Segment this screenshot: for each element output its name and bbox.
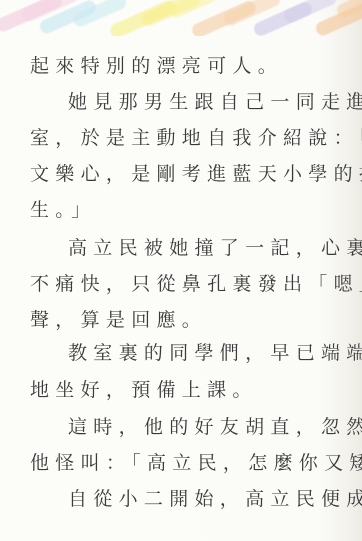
book-page: 起來特別的漂亮可人。 她見那男生跟自己一同走進教 室，於是主動地自我介紹說：「我…: [0, 0, 362, 541]
text-line-6-paragraph-start: 高立民被她撞了一記，心裏有點: [68, 235, 362, 261]
text-line-12: 他怪叫：「高立民，怎麼你又矮了？」: [30, 450, 362, 476]
text-line-8: 聲，算是回應。: [30, 307, 207, 333]
crayon-banner-decoration: [0, 0, 362, 36]
text-line-5: 生。」: [30, 197, 96, 223]
text-line-1: 起來特別的漂亮可人。: [30, 53, 283, 79]
text-line-13-paragraph-start: 自從小二開始，高立民便成為班: [68, 486, 362, 512]
text-line-4: 文樂心，是剛考進藍天小學的插班: [30, 161, 362, 187]
text-line-3: 室，於是主動地自我介紹說：「我叫: [30, 125, 362, 151]
text-line-7: 不痛快，只從鼻孔裏發出「嗯」的一: [30, 271, 362, 297]
text-line-10: 地坐好，預備上課。: [30, 377, 258, 403]
text-line-2-paragraph-start: 她見那男生跟自己一同走進教: [68, 89, 362, 115]
text-line-9-paragraph-start: 教室裏的同學們，早已端端正正: [68, 340, 362, 366]
text-line-11-paragraph-start: 這時，他的好友胡直，忽然指着: [68, 414, 362, 440]
